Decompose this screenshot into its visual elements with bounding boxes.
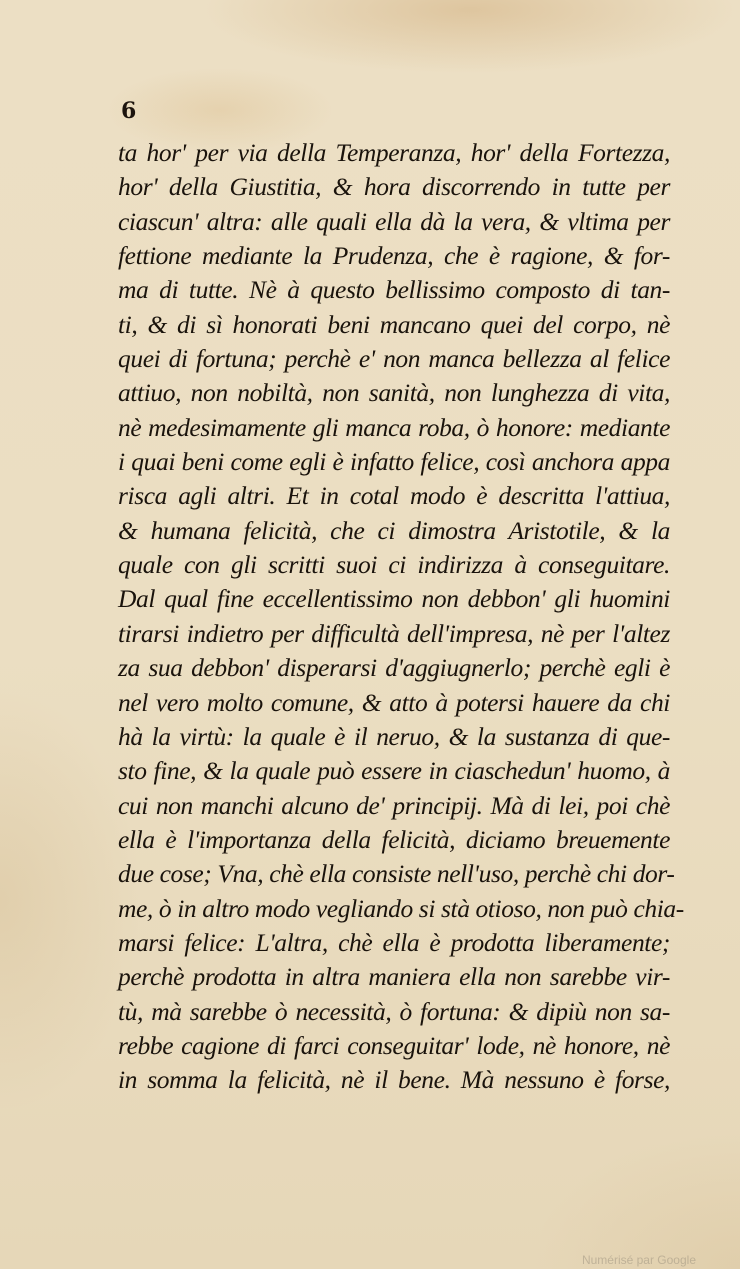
text-line: tirarsi indietro per difficultà dell'imp… <box>118 617 670 651</box>
text-line: in somma la felicità, nè il bene. Mà nes… <box>118 1063 670 1097</box>
text-line: risca agli altri. Et in cotal modo è des… <box>118 479 670 513</box>
text-line: ma di tutte. Nè à questo bellissimo comp… <box>118 273 670 307</box>
page-number: 6 <box>121 98 136 124</box>
text-line: quale con gli scritti suoi ci indirizza … <box>118 548 670 582</box>
text-line: Dal qual fine eccellentissimo non debbon… <box>118 582 670 616</box>
text-line: hor' della Giustitia, & hora discorrendo… <box>118 170 670 204</box>
text-line: fettione mediante la Prudenza, che è rag… <box>118 239 670 273</box>
text-line: ta hor' per via della Temperanza, hor' d… <box>118 136 670 170</box>
text-line: ciascun' altra: alle quali ella dà la ve… <box>118 205 670 239</box>
text-line: quei di fortuna; perchè e' non manca bel… <box>118 342 670 376</box>
text-line: cui non manchi alcuno de' principij. Mà … <box>118 789 670 823</box>
text-line: i quai beni come egli è infatto felice, … <box>118 445 670 479</box>
text-line: nel vero molto comune, & atto à potersi … <box>118 686 670 720</box>
text-line: rebbe cagione di farci conseguitar' lode… <box>118 1029 670 1063</box>
text-line: ella è l'importanza della felicità, dici… <box>118 823 670 857</box>
text-line: due cose; Vna, chè ella consiste nell'us… <box>118 857 670 891</box>
text-line: hà la virtù: la quale è il neruo, & la s… <box>118 720 670 754</box>
text-line: ti, & di sì honorati beni mancano quei d… <box>118 308 670 342</box>
body-text: ta hor' per via della Temperanza, hor' d… <box>118 136 670 1098</box>
text-line: za sua debbon' disperarsi d'aggiugnerlo;… <box>118 651 670 685</box>
scan-watermark: Numérisé par Google <box>582 1253 696 1267</box>
text-line: & humana felicità, che ci dimostra Arist… <box>118 514 670 548</box>
text-line: sto fine, & la quale può essere in ciasc… <box>118 754 670 788</box>
text-line: perchè prodotta in altra maniera ella no… <box>118 960 670 994</box>
text-line: me, ò in altro modo vegliando si stà oti… <box>118 892 670 926</box>
text-line: tù, mà sarebbe ò necessità, ò fortuna: &… <box>118 995 670 1029</box>
text-line: nè medesimamente gli manca roba, ò honor… <box>118 411 670 445</box>
text-line: attiuo, non nobiltà, non sanità, non lun… <box>118 376 670 410</box>
text-line: marsi felice: L'altra, chè ella è prodot… <box>118 926 670 960</box>
